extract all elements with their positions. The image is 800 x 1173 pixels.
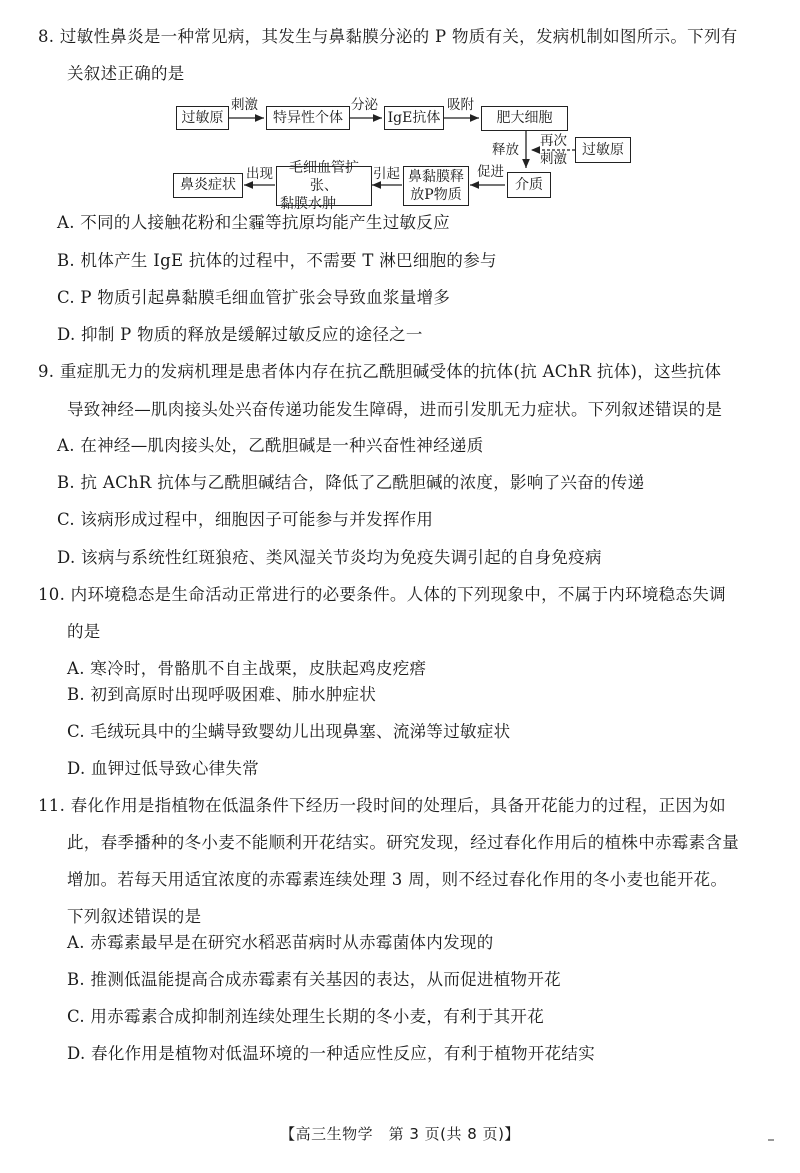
node-rhinitis-symptoms: 鼻炎症状: [173, 173, 243, 198]
edge-label-again-line-2: 刺激: [540, 151, 567, 167]
edge-label-secrete: 分泌: [351, 97, 378, 113]
node-nasal-mucosa-line-2: 放P物质: [410, 186, 461, 204]
question-11-option-b: B. 推测低温能提高合成赤霉素有关基因的表达，从而促进植物开花: [67, 969, 561, 991]
question-11-option-d: D. 春化作用是植物对低温环境的一种适应性反应，有利于植物开花结实: [67, 1043, 595, 1065]
question-8-stem-line-1: 8. 过敏性鼻炎是一种常见病，其发生与鼻黏膜分泌的 P 物质有关，发病机制如图所…: [38, 26, 738, 48]
node-capillary-line-2: 黏膜水肿: [280, 195, 336, 213]
question-10-option-b: B. 初到高原时出现呼吸困难、肺水肿症状: [67, 684, 376, 706]
question-8-option-a: A. 不同的人接触花粉和尘霾等抗原均能产生过敏反应: [57, 212, 450, 234]
page-footer: 【高三生物学 第 3 页(共 8 页)】: [0, 1124, 800, 1144]
question-11-option-c: C. 用赤霉素合成抑制剂连续处理生长期的冬小麦，有利于其开花: [67, 1006, 544, 1028]
question-11-stem-line-4: 下列叙述错误的是: [67, 906, 201, 928]
question-9-option-d: D. 该病与系统性红斑狼疮、类风湿关节炎均为免疫失调引起的自身免疫病: [57, 547, 602, 569]
node-mast-cell: 肥大细胞: [481, 106, 568, 131]
node-allergen: 过敏原: [176, 106, 229, 130]
question-10-stem-line-2: 的是: [67, 621, 101, 643]
scan-artifact: [768, 1139, 774, 1141]
question-8-option-d: D. 抑制 P 物质的释放是缓解过敏反应的途径之一: [57, 324, 423, 346]
edge-label-adsorb: 吸附: [447, 97, 474, 113]
edge-label-stimulate: 刺激: [231, 97, 258, 113]
node-mediator: 介质: [507, 172, 551, 198]
node-specific-individual: 特异性个体: [266, 106, 350, 130]
edge-label-promote: 促进: [477, 164, 504, 180]
question-10-stem-line-1: 10. 内环境稳态是生命活动正常进行的必要条件。人体的下列现象中，不属于内环境稳…: [38, 584, 726, 606]
question-8-stem-line-2: 关叙述正确的是: [67, 63, 185, 85]
question-9-stem-line-2: 导致神经—肌肉接头处兴奋传递功能发生障碍，进而引发肌无力症状。下列叙述错误的是: [67, 399, 722, 421]
node-nasal-mucosa-release-p: 鼻黏膜释 放P物质: [403, 166, 469, 206]
question-10-option-a: A. 寒冷时，骨骼肌不自主战栗，皮肤起鸡皮疙瘩: [67, 658, 426, 680]
edge-label-cause: 引起: [373, 166, 400, 182]
question-10-option-c: C. 毛绒玩具中的尘螨导致婴幼儿出现鼻塞、流涕等过敏症状: [67, 721, 510, 743]
question-10-option-d: D. 血钾过低导致心律失常: [67, 758, 259, 780]
node-capillary-line-1: 毛细血管扩张、: [280, 159, 368, 195]
question-9-option-c: C. 该病形成过程中，细胞因子可能参与并发挥作用: [57, 509, 433, 531]
node-ige-antibody: IgE抗体: [384, 106, 444, 130]
node-nasal-mucosa-line-1: 鼻黏膜释: [408, 168, 464, 186]
question-8-option-c: C. P 物质引起鼻黏膜毛细血管扩张会导致血浆量增多: [57, 287, 450, 309]
question-11-option-a: A. 赤霉素最早是在研究水稻恶苗病时从赤霉菌体内发现的: [67, 932, 494, 954]
question-9-stem-line-1: 9. 重症肌无力的发病机理是患者体内存在抗乙酰胆碱受体的抗体(抗 AChR 抗体…: [38, 361, 721, 383]
node-capillary-dilation-edema: 毛细血管扩张、 黏膜水肿: [276, 166, 372, 206]
edge-label-release: 释放: [492, 142, 519, 158]
question-9-option-b: B. 抗 AChR 抗体与乙酰胆碱结合，降低了乙酰胆碱的浓度，影响了兴奋的传递: [57, 472, 644, 494]
question-8-option-b: B. 机体产生 IgE 抗体的过程中，不需要 T 淋巴细胞的参与: [57, 250, 497, 272]
question-11-stem-line-2: 此，春季播种的冬小麦不能顺利开花结实。研究发现，经过春化作用后的植株中赤霉素含量: [67, 832, 739, 854]
question-11-stem-line-1: 11. 春化作用是指植物在低温条件下经历一段时间的处理后，具备开花能力的过程，正…: [38, 795, 726, 817]
edge-label-again-line-1: 再次: [540, 133, 567, 149]
node-allergen-again: 过敏原: [575, 137, 631, 163]
question-11-stem-line-3: 增加。若每天用适宜浓度的赤霉素连续处理 3 周，则不经过春化作用的冬小麦也能开花…: [67, 869, 727, 891]
question-9-option-a: A. 在神经—肌肉接头处，乙酰胆碱是一种兴奋性神经递质: [57, 435, 484, 457]
edge-label-appear: 出现: [246, 166, 273, 182]
